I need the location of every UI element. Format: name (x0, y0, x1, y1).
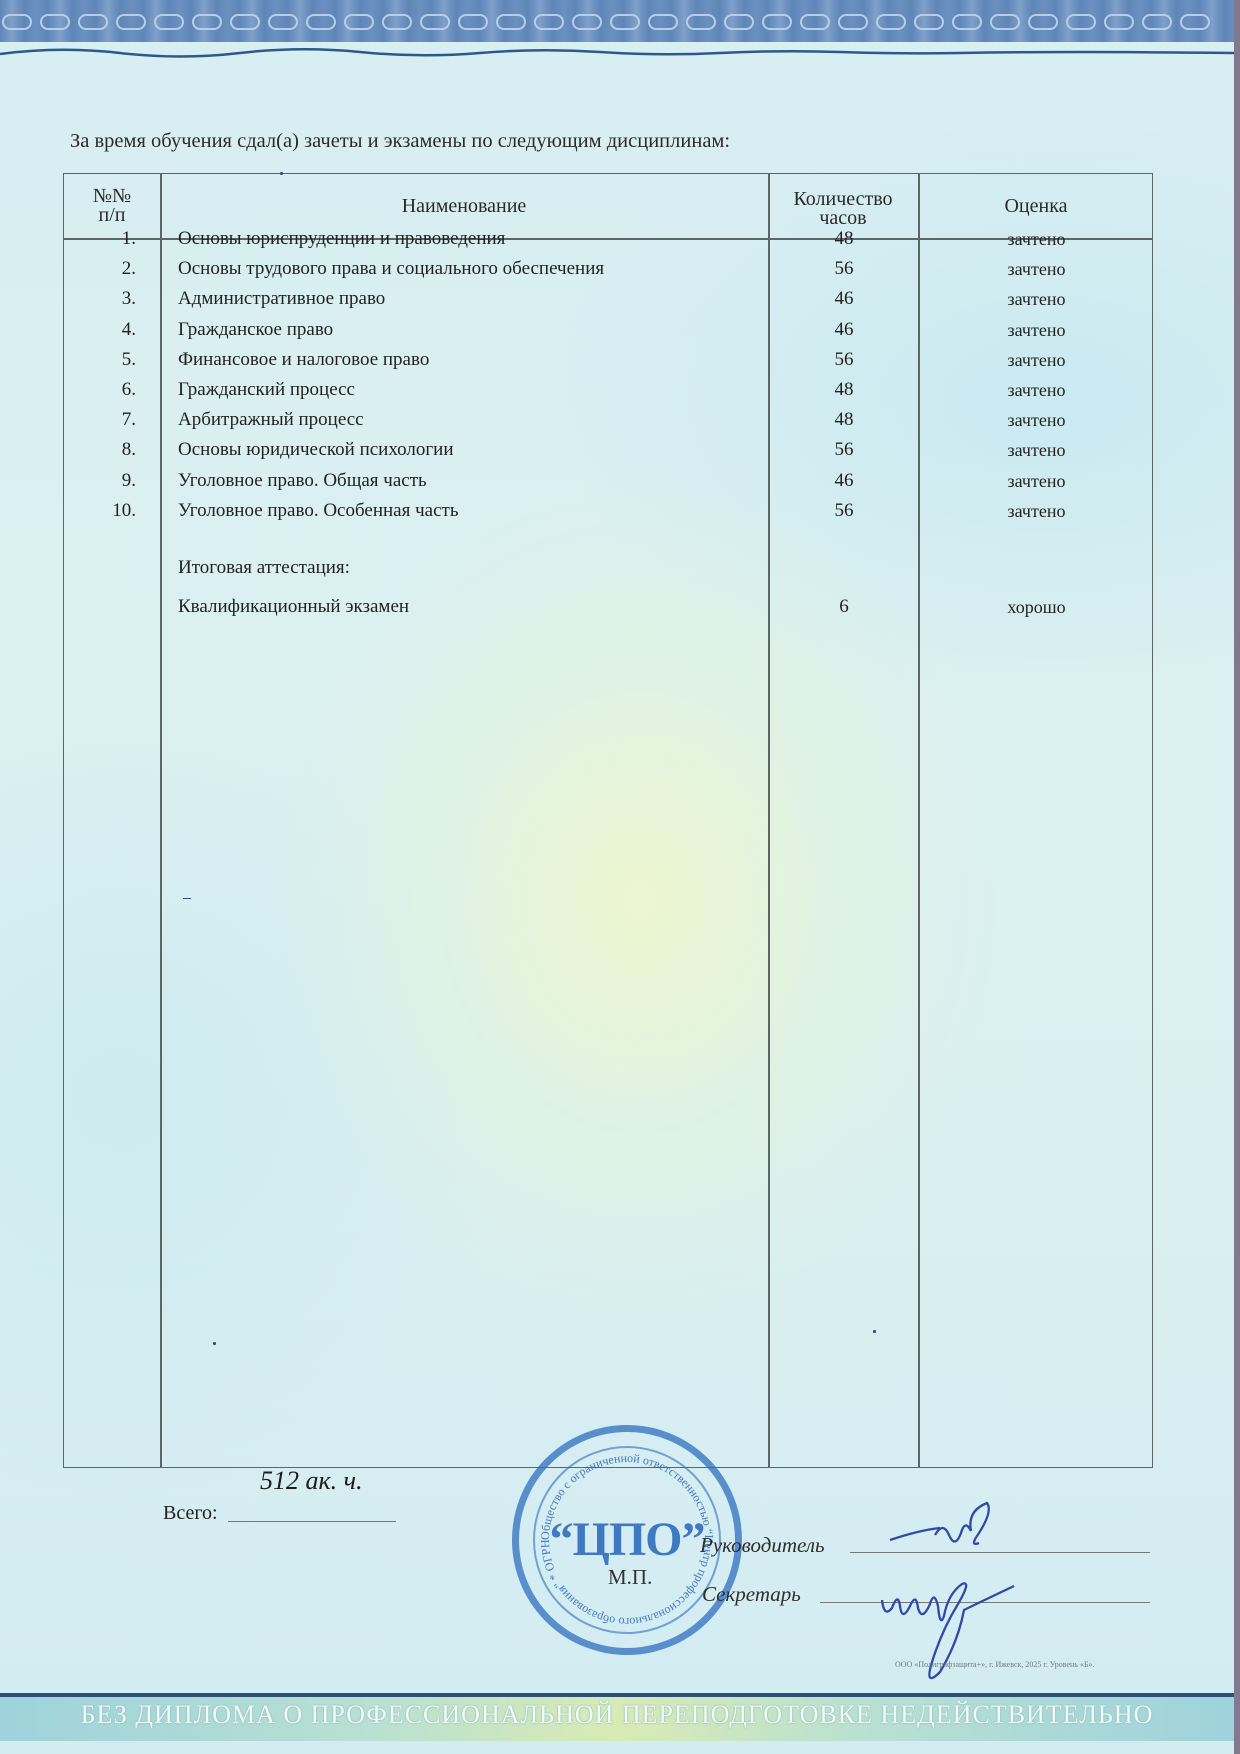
header-grade-label: Оценка (1004, 197, 1067, 216)
printer-note: ООО «Полиграфзащита+», г. Ижевск, 2025 г… (895, 1660, 1095, 1669)
page-edge (1234, 0, 1240, 1754)
top-wave-line (0, 44, 1234, 60)
border-ornament (800, 14, 830, 30)
border-ornament (838, 14, 868, 30)
border-ornament (914, 14, 944, 30)
row-grade: зачтено (919, 284, 1154, 314)
table-row: 3.Административное право46зачтено (64, 284, 1154, 314)
row-hours: 46 (769, 466, 919, 496)
row-grade: зачтено (919, 224, 1154, 254)
border-ornament (1104, 14, 1134, 30)
border-ornament (2, 14, 32, 30)
row-name: Арбитражный процесс (178, 405, 364, 435)
row-num: 3. (64, 284, 136, 314)
head-signature-label: Руководитель (700, 1533, 825, 1558)
row-hours: 56 (769, 496, 919, 526)
border-ornament (344, 14, 374, 30)
table-row: 9.Уголовное право. Общая часть46зачтено (64, 466, 1154, 496)
border-ornament (686, 14, 716, 30)
border-ornament (78, 14, 108, 30)
final-exam-grade: хорошо (919, 592, 1154, 622)
row-name: Административное право (178, 284, 385, 314)
header-number-line2: п/п (99, 206, 126, 225)
row-grade: зачтено (919, 496, 1154, 526)
row-name: Уголовное право. Общая часть (178, 466, 427, 496)
row-grade: зачтено (919, 405, 1154, 435)
border-ornament (382, 14, 412, 30)
row-num: 2. (64, 254, 136, 284)
border-ornament (990, 14, 1020, 30)
row-hours: 48 (769, 375, 919, 405)
row-name: Финансовое и налоговое право (178, 345, 429, 375)
row-num: 1. (64, 224, 136, 254)
border-ornament (496, 14, 526, 30)
border-ornament (1180, 14, 1210, 30)
row-num: 8. (64, 435, 136, 465)
border-ornament (534, 14, 564, 30)
row-hours: 46 (769, 284, 919, 314)
speck (280, 172, 283, 175)
border-ornament (1142, 14, 1172, 30)
border-ornament (154, 14, 184, 30)
border-ornament (116, 14, 146, 30)
border-ornament (1028, 14, 1058, 30)
border-ornament (40, 14, 70, 30)
border-ornament (610, 14, 640, 30)
table-row: 4.Гражданское право46зачтено (64, 315, 1154, 345)
row-name: Основы юриспруденции и правоведения (178, 224, 505, 254)
border-ornament (762, 14, 792, 30)
row-num: 9. (64, 466, 136, 496)
total-hours-value: 512 ак. ч. (260, 1466, 363, 1496)
border-ornament (876, 14, 906, 30)
border-ornament (1066, 14, 1096, 30)
border-ornament (724, 14, 754, 30)
row-name: Гражданский процесс (178, 375, 355, 405)
row-hours: 48 (769, 224, 919, 254)
final-attestation-label: Итоговая аттестация: (178, 557, 350, 579)
table-row: 1.Основы юриспруденции и правоведения48з… (64, 224, 1154, 254)
table-row: 5.Финансовое и налоговое право56зачтено (64, 345, 1154, 375)
speck (213, 1342, 216, 1345)
table-row: 7.Арбитражный процесс48зачтено (64, 405, 1154, 435)
border-ornament (420, 14, 450, 30)
row-grade: зачтено (919, 466, 1154, 496)
row-hours: 48 (769, 405, 919, 435)
final-exam-row: Квалификационный экзамен 6 хорошо (64, 592, 1154, 622)
row-grade: зачтено (919, 345, 1154, 375)
border-ornament (952, 14, 982, 30)
border-ornament (268, 14, 298, 30)
final-exam-hours: 6 (769, 592, 919, 622)
secretary-signature (870, 1560, 1070, 1710)
seal-place-label: М.П. (608, 1565, 652, 1590)
row-grade: зачтено (919, 435, 1154, 465)
row-num: 6. (64, 375, 136, 405)
table-row: 8.Основы юридической психологии56зачтено (64, 435, 1154, 465)
border-ornament (192, 14, 222, 30)
row-num: 5. (64, 345, 136, 375)
row-name: Уголовное право. Особенная часть (178, 496, 458, 526)
total-label: Всего: (163, 1502, 218, 1525)
total-underline (228, 1521, 396, 1522)
row-grade: зачтено (919, 375, 1154, 405)
row-name: Основы трудового права и социального обе… (178, 254, 604, 284)
row-hours: 46 (769, 315, 919, 345)
border-ornament (458, 14, 488, 30)
border-ornament (230, 14, 260, 30)
table-row: 2.Основы трудового права и социального о… (64, 254, 1154, 284)
intro-text: За время обучения сдал(а) зачеты и экзам… (70, 130, 730, 153)
bottom-validity-caption: БЕЗ ДИПЛОМА О ПРОФЕССИОНАЛЬНОЙ ПЕРЕПОДГО… (0, 1700, 1234, 1730)
border-ornament (648, 14, 678, 30)
table-row: 10.Уголовное право. Особенная часть56зач… (64, 496, 1154, 526)
row-num: 4. (64, 315, 136, 345)
row-hours: 56 (769, 254, 919, 284)
border-ornament (306, 14, 336, 30)
row-num: 10. (64, 496, 136, 526)
disciplines-table: №№ п/п Наименование Количество часов Оце… (63, 173, 1153, 1468)
row-num: 7. (64, 405, 136, 435)
table-row: 6.Гражданский процесс48зачтено (64, 375, 1154, 405)
row-grade: зачтено (919, 315, 1154, 345)
top-ornamental-border (0, 0, 1234, 42)
border-ornament (572, 14, 602, 30)
row-name: Гражданское право (178, 315, 333, 345)
speck (873, 1330, 876, 1333)
header-name-label: Наименование (402, 197, 527, 216)
speck (183, 898, 191, 899)
secretary-signature-label: Секретарь (702, 1582, 801, 1607)
row-grade: зачтено (919, 254, 1154, 284)
row-hours: 56 (769, 435, 919, 465)
row-name: Основы юридической психологии (178, 435, 454, 465)
row-hours: 56 (769, 345, 919, 375)
final-exam-name: Квалификационный экзамен (178, 592, 409, 622)
